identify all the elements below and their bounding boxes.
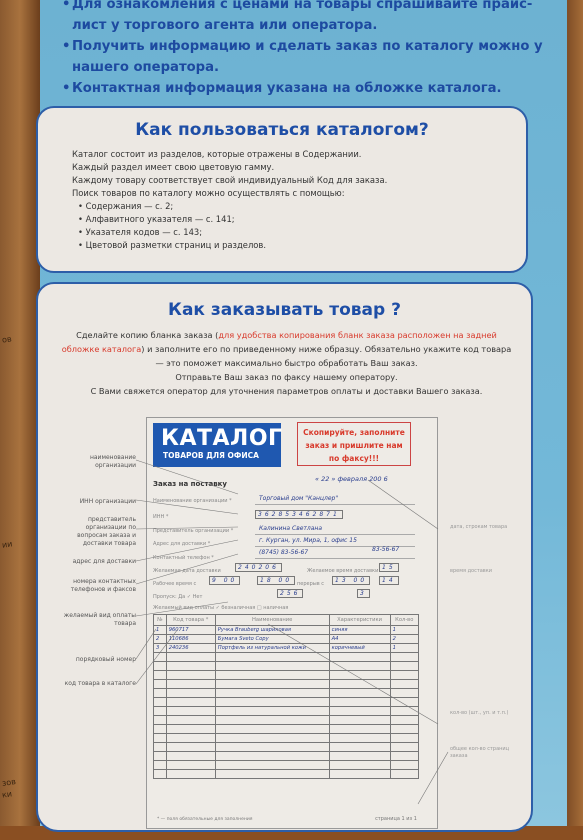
- annotation: порядковый номер: [56, 656, 136, 664]
- annotation: кол-во (шт., уп. и т.п.): [450, 710, 510, 717]
- catalog-logo: КАТАЛОГ ТОВАРОВ ДЛЯ ОФИСА: [153, 423, 281, 467]
- annotation: представитель организации по вопросам за…: [56, 516, 136, 548]
- side-page-fragment: ов: [1, 334, 12, 344]
- fax-note-box: Скопируйте, заполните заказ и пришлите н…: [297, 422, 411, 466]
- org-value: Торговый дом "Канцлер": [259, 495, 338, 502]
- empty-table-row: [154, 689, 419, 698]
- empty-table-row: [154, 743, 419, 752]
- field-label: перерыв с: [297, 581, 324, 587]
- list-item: • Цветовой разметки страниц и разделов.: [72, 239, 526, 252]
- table-row: 2110686Бумага Svetо CopyА42: [154, 635, 419, 644]
- empty-table-row: [154, 752, 419, 761]
- delivery-date-value: 240206: [235, 563, 282, 572]
- field-label: Желаемая дата доставки: [153, 568, 221, 574]
- list-item: • Содержания — с. 2;: [72, 200, 526, 213]
- work-to-value: 18 00: [257, 576, 295, 585]
- table-row: 1960717Ручка Brauberg шариковаясиняя1: [154, 626, 419, 635]
- empty-table-row: [154, 653, 419, 662]
- field-label: Контактный телефон *: [153, 555, 214, 561]
- how-to-order-title: Как заказывать товар ?: [38, 300, 531, 320]
- field-label: Наименование организации *: [153, 498, 232, 504]
- field-label: ИНН *: [153, 514, 168, 520]
- annotation: номера контактных телефонов и факсов: [56, 578, 136, 594]
- side-page-fragment: ки: [1, 789, 12, 799]
- empty-table-row: [154, 662, 419, 671]
- how-to-order-box: Как заказывать товар ? Сделайте копию бл…: [36, 282, 533, 832]
- table-surface-left: [0, 0, 40, 840]
- empty-table-row: [154, 734, 419, 743]
- rep-value: Калинина Светлана: [259, 525, 322, 532]
- annotation: наименование организации: [56, 454, 136, 470]
- form-footer-note: * — поля обязательные для заполнения: [157, 817, 252, 822]
- break-from-value: 13 00: [332, 576, 370, 585]
- side-page-fragment: зов: [1, 777, 16, 788]
- list-item: • Указателя кодов — с. 143;: [72, 226, 526, 239]
- field-label: Пропуск: Да ✓ Нет: [153, 594, 202, 600]
- empty-table-row: [154, 707, 419, 716]
- work-from-value: 9 00: [209, 576, 240, 585]
- annotation: дата, строкам товара: [450, 524, 510, 531]
- floor-value: 3: [357, 589, 370, 598]
- how-to-order-intro: Сделайте копию бланка заказа (для удобст…: [60, 328, 513, 398]
- field-label: Адрес для доставки *: [153, 541, 210, 547]
- pass-value: 256: [277, 589, 303, 598]
- sample-order-form: КАТАЛОГ ТОВАРОВ ДЛЯ ОФИСА Скопируйте, за…: [146, 417, 438, 829]
- order-date: « 22 » февраля 200 6: [315, 475, 388, 483]
- order-items-table: № Код товара * Наименование Характеристи…: [153, 614, 419, 779]
- phone-value: (8745) 83-56-67: [259, 549, 308, 556]
- empty-table-row: [154, 770, 419, 779]
- bullet-item: •Получить информацию и сделать заказ по …: [62, 36, 552, 78]
- info-bullets: •Для ознакомления с ценами на товары спр…: [62, 0, 552, 99]
- form-page-count: страница 1 из 1: [375, 816, 417, 822]
- how-to-use-box: Как пользоваться каталогом? Каталог сост…: [36, 106, 528, 273]
- field-label: Желаемый вид оплаты ✓ безналичная □ нали…: [153, 605, 288, 611]
- annotation: желаемый вид оплаты товара: [56, 612, 136, 628]
- table-surface-right: [565, 0, 583, 840]
- how-to-use-title: Как пользоваться каталогом?: [38, 120, 526, 140]
- annotation: общее кол-во страниц заказа: [450, 746, 510, 760]
- annotation: адрес для доставки: [56, 558, 136, 566]
- table-row: 3240236Портфель из натуральной кожикорич…: [154, 644, 419, 653]
- how-to-use-body: Каталог состоит из разделов, которые отр…: [72, 148, 526, 252]
- field-label: Желаемое время доставки: [307, 568, 378, 574]
- form-title: Заказ на поставку: [153, 480, 227, 488]
- annotation: время доставки: [450, 568, 510, 575]
- catalog-page: •Для ознакомления с ценами на товары спр…: [40, 0, 567, 826]
- delivery-time-value: 15: [379, 563, 399, 572]
- side-page-fragment: ии: [1, 539, 13, 549]
- addr-value: г. Курган, ул. Мира, 1, офис 15: [259, 537, 357, 544]
- empty-table-row: [154, 761, 419, 770]
- annotation: код товара в каталоге: [56, 680, 136, 688]
- empty-table-row: [154, 698, 419, 707]
- fax-value: 83-56-67: [372, 546, 399, 553]
- empty-table-row: [154, 716, 419, 725]
- field-label: Представитель организации *: [153, 528, 233, 534]
- bullet-item: •Для ознакомления с ценами на товары спр…: [62, 0, 552, 36]
- empty-table-row: [154, 680, 419, 689]
- empty-table-row: [154, 725, 419, 734]
- break-to-value: 14: [379, 576, 399, 585]
- list-item: • Алфавитного указателя — с. 141;: [72, 213, 526, 226]
- field-label: Рабочее время с: [153, 581, 196, 587]
- bullet-item: •Контактная информация указана на обложк…: [62, 78, 552, 99]
- empty-table-row: [154, 671, 419, 680]
- inn-value: 362853462871: [255, 510, 343, 519]
- annotation: ИНН организации: [56, 498, 136, 506]
